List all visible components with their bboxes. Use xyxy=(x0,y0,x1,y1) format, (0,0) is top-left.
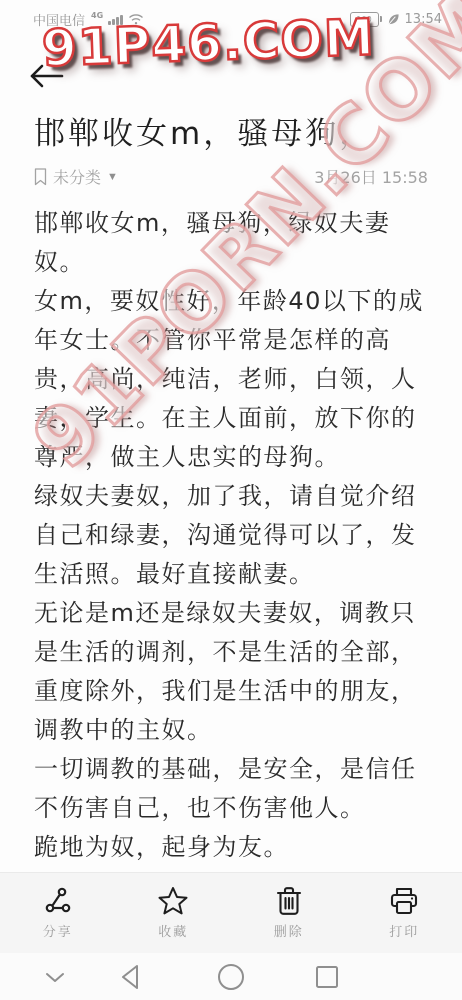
share-label: 分享 xyxy=(43,921,73,940)
print-label: 打印 xyxy=(389,921,419,940)
note-body: 邯郸收女m，骚母狗，绿奴夫妻奴。 女m，要奴性好，年龄40以下的成年女士。不管你… xyxy=(34,204,428,906)
power-saving-leaf-icon xyxy=(387,13,400,26)
delete-label: 删除 xyxy=(274,921,304,940)
nav-recents-button[interactable] xyxy=(313,961,347,993)
favorite-button[interactable]: 收藏 xyxy=(116,886,232,940)
note-paragraph: 跪地为奴，起身为友。 xyxy=(34,828,428,867)
clock-time: 13:54 xyxy=(405,12,442,27)
print-button[interactable]: 打印 xyxy=(347,886,462,940)
note-paragraph: 邯郸收女m，骚母狗，绿奴夫妻奴。 xyxy=(34,204,428,282)
favorite-label: 收藏 xyxy=(158,921,188,940)
nav-back-button[interactable] xyxy=(118,961,152,993)
share-button[interactable]: 分享 xyxy=(0,886,116,940)
battery-level: 100 xyxy=(350,12,379,27)
phone-screen: 中国电信4G 100 13:54 91P46 xyxy=(0,0,462,1000)
note-meta-row: 未分类 ▼ 3月26日 15:58 xyxy=(34,165,428,188)
signal-strength-icon xyxy=(108,14,123,25)
note-header xyxy=(0,34,462,104)
note-content: 邯郸收女m，骚母狗， 未分类 ▼ 3月26日 15:58 邯郸收女m，骚母狗，绿… xyxy=(0,108,462,906)
bookmark-icon xyxy=(34,168,47,186)
chevron-down-icon: ▼ xyxy=(107,171,118,183)
status-bar: 中国电信4G 100 13:54 xyxy=(0,0,462,34)
share-icon xyxy=(43,886,73,916)
note-title: 邯郸收女m，骚母狗， xyxy=(34,108,428,153)
note-paragraph: 无论是m还是绿奴夫妻奴，调教只是生活的调剂，不是生活的全部，重度除外，我们是生活… xyxy=(34,594,428,750)
recents-square-icon xyxy=(313,963,347,991)
star-icon xyxy=(157,886,189,916)
note-paragraph: 一切调教的基础，是安全，是信任不伤害自己，也不伤害他人。 xyxy=(34,750,428,828)
back-button[interactable] xyxy=(26,58,72,94)
carrier-label: 中国电信 xyxy=(33,10,85,29)
hide-navbar-button[interactable] xyxy=(42,961,76,993)
note-paragraph: 女m，要奴性好，年龄40以下的成年女士。不管你平常是怎样的高贵，高尚，纯洁，老师… xyxy=(34,282,428,477)
category-label: 未分类 xyxy=(53,165,101,188)
network-type-label: 4G xyxy=(91,11,103,20)
trash-icon xyxy=(275,886,303,916)
battery-icon: 100 xyxy=(350,12,382,27)
category-selector[interactable]: 未分类 ▼ xyxy=(34,165,118,188)
back-arrow-icon xyxy=(26,61,72,91)
note-datetime: 3月26日 15:58 xyxy=(314,165,428,188)
android-nav-bar xyxy=(0,953,462,1000)
note-paragraph: 绿奴夫妻奴，加了我，请自觉介绍自己和绿妻，沟通觉得可以了，发生活照。最好直接献妻… xyxy=(34,477,428,594)
printer-icon xyxy=(389,886,419,916)
wifi-icon xyxy=(128,13,144,26)
action-toolbar: 分享 收藏 删除 xyxy=(0,872,462,953)
back-triangle-icon xyxy=(118,963,152,991)
nav-home-button[interactable] xyxy=(216,961,250,993)
home-circle-icon xyxy=(216,962,250,992)
chevron-down-nav-icon xyxy=(42,964,76,990)
delete-button[interactable]: 删除 xyxy=(231,886,347,940)
